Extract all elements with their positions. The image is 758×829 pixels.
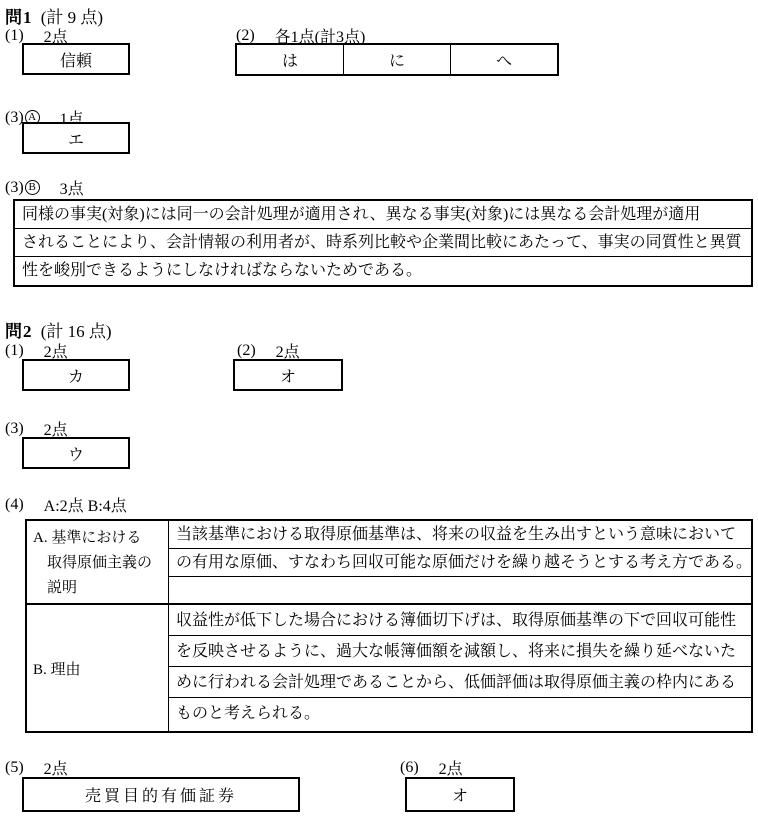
q2-4-rowB-header-text: B. 理由: [33, 658, 81, 679]
q2-3-answer-box: ウ: [22, 437, 130, 469]
q2-4-rowA: A. 基準における 取得原価主義の 説明 当該基準における取得原価基準は、将来の…: [27, 521, 751, 605]
q1-2-answer-cell-1: は: [237, 45, 343, 74]
q2-5-answer-box: 売買目的有価証券: [22, 777, 300, 812]
q1-3b-line-2: されることにより、会計情報の利用者が、時系列比較や企業間比較にあたって、事実の同…: [15, 229, 751, 257]
q2-4-rowB-line-1: 収益性が低下した場合における簿価切下げは、取得原価基準の下で回収可能性: [169, 605, 751, 636]
q1-3b-label: (3) B 3点: [5, 176, 84, 199]
q2-4-rowA-header-line-1: A. 基準における: [33, 526, 166, 551]
q2-4-rowB: B. 理由 収益性が低下した場合における簿価切下げは、取得原価基準の下で回収可能…: [27, 605, 751, 731]
q2-4-rowB-line-2: を反映させるように、過大な帳簿価額を減額し、将来に損失を繰り延べないた: [169, 636, 751, 667]
q2-2-answer-box: オ: [233, 359, 343, 391]
q2-5-answer: 売買目的有価証券: [85, 783, 237, 806]
q2-1-answer-box: カ: [22, 359, 130, 391]
q2-4-rowA-line-1: 当該基準における取得原価基準は、将来の収益を生み出すという意味において: [169, 521, 751, 549]
q1-2-answer-3: へ: [496, 48, 512, 71]
q2-4-rowB-lines: 収益性が低下した場合における簿価切下げは、取得原価基準の下で回収可能性 を反映さ…: [169, 605, 751, 731]
q2-6-answer: オ: [452, 783, 468, 806]
q1-2-answer-1: は: [282, 48, 298, 71]
q1-3b-number: (3): [5, 179, 24, 197]
q1-1-answer: 信頼: [60, 48, 92, 71]
q2-4-rowA-header: A. 基準における 取得原価主義の 説明: [27, 521, 169, 603]
q2-2-answer: オ: [280, 364, 296, 387]
q2-4-points: A:2点 B:4点: [44, 493, 127, 516]
q1-3a-answer: エ: [68, 127, 84, 150]
q2-5-points: 2点: [44, 756, 68, 779]
q1-3b-points: 3点: [60, 176, 84, 199]
q1-2-answer-cell-2: に: [343, 45, 450, 74]
q2-4-rowA-line-3: [169, 577, 751, 603]
q2-6-answer-box: オ: [405, 777, 515, 812]
q2-6-points: 2点: [439, 756, 463, 779]
q2-4-rowA-line-2: の有用な原価、すなわち回収可能な原価だけを繰り越そうとする考え方である。: [169, 549, 751, 577]
q2-1-answer: カ: [68, 364, 84, 387]
q2-4-label: (4) A:2点 B:4点: [5, 493, 127, 516]
q2-4-rowA-lines: 当該基準における取得原価基準は、将来の収益を生み出すという意味において の有用な…: [169, 521, 751, 603]
q2-4-answer-table: A. 基準における 取得原価主義の 説明 当該基準における取得原価基準は、将来の…: [25, 519, 753, 733]
circled-b-mark: B: [25, 180, 40, 195]
q1-3b-line-1: 同様の事実(対象)には同一の会計処理が適用され、異なる事実(対象)には異なる会計…: [15, 201, 751, 229]
q1-1-answer-box: 信頼: [22, 43, 130, 75]
q1-2-answer-table: は に へ: [235, 43, 559, 76]
q1-3a-number: (3): [5, 109, 24, 127]
answer-sheet: 問1 (計 9 点) (1) 2点 信頼 (2) 各1点(計3点) は に へ …: [0, 0, 758, 829]
q1-3a-answer-box: エ: [22, 122, 130, 154]
q1-2-number: (2): [236, 27, 255, 45]
q2-3-answer: ウ: [68, 442, 84, 465]
q2-5-label: (5) 2点: [5, 756, 68, 779]
q1-2-answer-2: に: [389, 48, 405, 71]
q1-3b-answer-box: 同様の事実(対象)には同一の会計処理が適用され、異なる事実(対象)には異なる会計…: [13, 199, 753, 287]
q2-4-rowA-header-line-3: 説明: [33, 576, 166, 601]
q2-6-number: (6): [400, 759, 419, 777]
q1-3b-line-3: 性を峻別できるようにしなければならないためである。: [15, 257, 751, 285]
q1-1-number: (1): [5, 27, 24, 45]
q2-4-rowB-line-3: めに行われる会計処理であることから、低価評価は取得原価主義の枠内にある: [169, 667, 751, 698]
q2-4-rowB-header: B. 理由: [27, 605, 169, 731]
q2-5-number: (5): [5, 759, 24, 777]
q2-3-number: (3): [5, 420, 24, 438]
q2-4-number: (4): [5, 496, 24, 514]
q1-2-answer-cell-3: へ: [450, 45, 557, 74]
q2-4-rowB-line-4: ものと考えられる。: [169, 698, 751, 731]
q2-6-label: (6) 2点: [400, 756, 463, 779]
q2-1-number: (1): [5, 342, 24, 360]
q2-2-number: (2): [237, 342, 256, 360]
q2-4-rowA-header-line-2: 取得原価主義の: [33, 551, 166, 576]
